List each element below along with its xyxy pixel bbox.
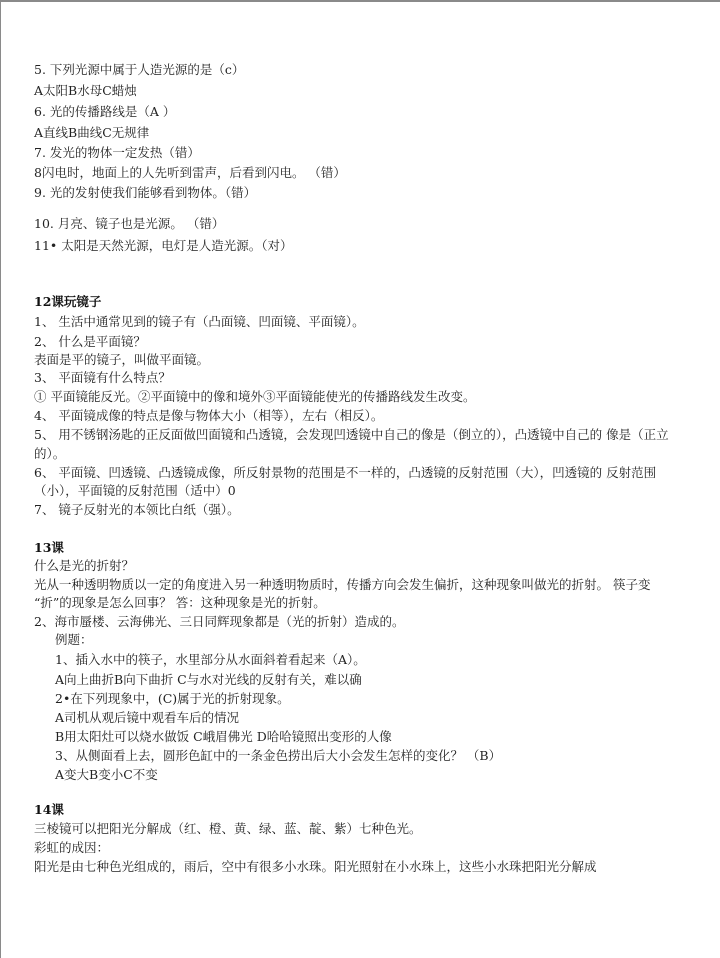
lesson-12-line: 2、 什么是平面镜？ bbox=[34, 334, 146, 350]
question-6: 6. 光的传播路线是（A ） bbox=[34, 104, 175, 120]
lesson-12-line: 3、 平面镜有什么特点？ bbox=[34, 370, 171, 386]
lesson-12-line: （小），平面镜的反射范围（适中）0 bbox=[34, 483, 236, 499]
lesson-14-heading: 14课 bbox=[34, 802, 64, 818]
lesson-13-line: “折”的现象是怎么回事？ 答：这种现象是光的折射。 bbox=[34, 595, 326, 611]
question-10: 10. 月亮、镜子也是光源。 （错） bbox=[34, 216, 224, 232]
lesson-14-line: 三棱镜可以把阳光分解成（红、橙、黄、绿、蓝、靛、紫）七种色光。 bbox=[34, 821, 422, 837]
document-page: 5. 下列光源中属于人造光源的是（c） A太阳B水母C蜡烛 6. 光的传播路线是… bbox=[0, 0, 720, 958]
example-line: 3、从侧面看上去，圆形色缸中的一条金色捞出后大小会发生怎样的变化？ （B） bbox=[55, 748, 501, 764]
lesson-13-line: 2、海市蜃楼、云海佛光、三日同辉现象都是（光的折射）造成的。 bbox=[34, 614, 404, 630]
example-line: A司机从观后镜中观看车后的情况 bbox=[55, 710, 239, 726]
example-line: A变大B变小C不变 bbox=[55, 767, 158, 783]
question-5: 5. 下列光源中属于人造光源的是（c） bbox=[34, 62, 244, 78]
lesson-12-line: 1、 生活中通常见到的镜子有（凸面镜、凹面镜、平面镜）。 bbox=[34, 314, 365, 330]
question-7: 7. 发光的物体一定发热（错） bbox=[34, 145, 200, 161]
example-line: 1、插入水中的筷子，水里部分从水面斜着看起来（A）。 bbox=[55, 652, 366, 668]
example-line: B用太阳灶可以烧水做饭 C峨眉佛光 D哈哈镜照出变形的人像 bbox=[55, 729, 392, 745]
lesson-12-line: 4、 平面镜成像的特点是像与物体大小（相等），左右（相反）。 bbox=[34, 408, 383, 424]
question-5-options: A太阳B水母C蜡烛 bbox=[34, 83, 137, 99]
lesson-12-line: 7、 镜子反射光的本领比白纸（强）。 bbox=[34, 502, 240, 518]
example-label: 例题： bbox=[55, 632, 93, 648]
example-line: 2•在下列现象中，(C)属于光的折射现象。 bbox=[55, 691, 290, 707]
lesson-12-line: 表面是平的镜子，叫做平面镜。 bbox=[34, 352, 209, 368]
example-line: A向上曲折B向下曲折 C与水对光线的反射有关，难以确 bbox=[55, 672, 362, 688]
lesson-13-line: 什么是光的折射？ bbox=[34, 558, 134, 574]
lesson-14-line: 彩虹的成因： bbox=[34, 840, 109, 856]
lesson-12-line: ① 平面镜能反光。②平面镜中的像和境外③平面镜能使光的传播路线发生改变。 bbox=[34, 389, 475, 405]
lesson-13-line: 光从一种透明物质以一定的角度进入另一种透明物质时，传播方向会发生偏折，这种现象叫… bbox=[34, 577, 650, 593]
lesson-13-heading: 13课 bbox=[34, 540, 64, 556]
question-8: 8闪电时，地面上的人先听到雷声，后看到闪电。 （错） bbox=[34, 165, 346, 181]
lesson-12-heading: 12课玩镜子 bbox=[34, 294, 101, 310]
lesson-14-line: 阳光是由七种色光组成的，雨后，空中有很多小水珠。阳光照射在小水珠上，这些小水珠把… bbox=[34, 859, 597, 875]
question-9: 9. 光的发射使我们能够看到物体。（错） bbox=[34, 185, 256, 201]
question-6-options: A直线B曲线C无规律 bbox=[34, 125, 149, 141]
lesson-12-line: 5、 用不锈钢汤匙的正反面做凹面镜和凸透镜，会发现凹透镜中自己的像是（倒立的），… bbox=[34, 427, 669, 443]
lesson-12-line: 6、 平面镜、凹透镜、凸透镜成像，所反射景物的范围是不一样的，凸透镜的反射范围（… bbox=[34, 465, 656, 481]
question-11: 11• 太阳是天然光源，电灯是人造光源。（对） bbox=[34, 238, 293, 254]
lesson-12-line: 的）。 bbox=[34, 446, 65, 462]
